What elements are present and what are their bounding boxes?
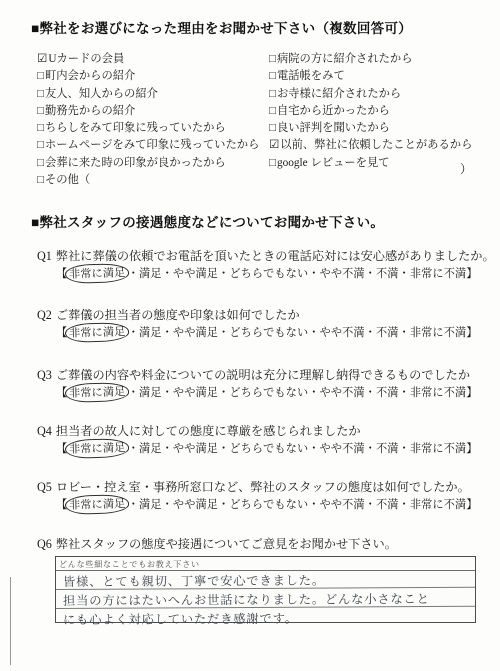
question-body: ご葬儀の担当者の態度や印象は如何でしたか xyxy=(56,308,300,322)
other-field-close-paren: ） xyxy=(460,160,472,177)
checkbox-label: その他（ xyxy=(45,174,90,186)
checkbox-row: □自宅から近かったから xyxy=(269,103,472,120)
checkbox-checked-icon: ☑ xyxy=(269,137,279,154)
reason-checkbox-column-right: □病院の方に紹介されたから □電話帳をみて □お寺様に紹介されたから □自宅から… xyxy=(269,51,472,172)
scanned-survey-page: ■弊社をお選びになった理由をお聞かせ下さい（複数回答可） ☑Uカードの会員 □町… xyxy=(0,0,500,671)
checkbox-label: 町内会からの紹介 xyxy=(45,70,135,82)
scale-options: ・満足・やや満足・どちらでもない・やや不満・不満・非常に不満 xyxy=(128,268,467,280)
question-number: Q2 xyxy=(37,308,52,322)
scale-options: ・満足・やや満足・どちらでもない・やや不満・不満・非常に不満 xyxy=(128,327,467,339)
question-text: Q1弊社に葬儀の依頼でお電話を頂いたときの電話応対には安心感がありましたか。 xyxy=(37,247,495,264)
checkbox-icon: □ xyxy=(269,103,276,120)
checkbox-label: ちらしをみて印象に残っていたから xyxy=(45,122,226,134)
checkbox-icon: □ xyxy=(269,51,276,68)
rating-scale: 【非常に満足・満足・やや満足・どちらでもない・やや不満・不満・非常に不満】 xyxy=(56,265,478,281)
circled-answer-mark: 非常に満足 xyxy=(65,494,130,515)
checkbox-row: ☑Uカードの会員 xyxy=(37,51,259,68)
scale-close-bracket: 】 xyxy=(466,327,477,339)
checkbox-icon: □ xyxy=(269,120,276,137)
handwritten-line: 担当の方にはたいへんお世話になりました。どんな小さなこと xyxy=(56,588,475,609)
checkbox-icon: □ xyxy=(37,68,44,85)
section2-title: ■弊社スタッフの接遇態度などについてお聞かせ下さい。 xyxy=(31,211,384,231)
circled-answer-mark: 非常に満足 xyxy=(65,382,130,403)
checkbox-icon: □ xyxy=(269,68,276,85)
scale-close-bracket: 】 xyxy=(466,387,477,399)
checkbox-label: お寺様に紹介されたから xyxy=(277,88,401,100)
checkbox-row: □お寺様に紹介されたから xyxy=(269,86,472,103)
checkbox-row: □会葬に来た時の印象が良かったから xyxy=(37,155,259,172)
checkbox-icon: □ xyxy=(269,155,276,172)
checkbox-row: □良い評判を聞いたから xyxy=(269,120,472,137)
question-text: Q4担当者の故人に対しての態度に尊厳を感じられましたか xyxy=(37,422,361,439)
scale-options: ・満足・やや満足・どちらでもない・やや不満・不満・非常に不満 xyxy=(128,443,467,455)
checkbox-label: ホームページをみて印象に残っていたから xyxy=(45,139,259,151)
circled-answer-mark: 非常に満足 xyxy=(65,263,130,284)
question-text: Q6弊社スタッフの態度や接遇についてご意見をお聞かせ下さい。 xyxy=(37,535,397,552)
checkbox-row: □勤務先からの紹介 xyxy=(37,103,259,120)
checkbox-icon: □ xyxy=(37,137,44,154)
checkbox-label: Uカードの会員 xyxy=(48,53,124,65)
checkbox-label: 良い評判を聞いたから xyxy=(277,122,390,134)
question-text: Q5ロビー・控え室・事務所窓口など、弊社のスタッフの態度は如何でしたか。 xyxy=(37,478,470,495)
rating-scale: 【非常に満足・満足・やや満足・どちらでもない・やや不満・不満・非常に不満】 xyxy=(56,384,478,400)
checkbox-icon: □ xyxy=(269,86,276,103)
question-number: Q5 xyxy=(37,480,52,494)
scale-close-bracket: 】 xyxy=(466,443,477,455)
question-body: 弊社スタッフの態度や接遇についてご意見をお聞かせ下さい。 xyxy=(56,537,397,551)
question-text: Q2ご葬儀の担当者の態度や印象は如何でしたか xyxy=(37,306,300,323)
checkbox-icon: □ xyxy=(37,172,44,189)
checkbox-row: □電話帳をみて xyxy=(269,68,472,85)
checkbox-row-other: □その他（ xyxy=(37,172,259,189)
reason-checkbox-column-left: ☑Uカードの会員 □町内会からの紹介 □友人、知人からの紹介 □勤務先からの紹介… xyxy=(37,51,259,189)
scale-options: ・満足・やや満足・どちらでもない・やや不満・不満・非常に不満 xyxy=(128,387,467,399)
question-body: ロビー・控え室・事務所窓口など、弊社のスタッフの態度は如何でしたか。 xyxy=(56,480,470,494)
scale-close-bracket: 】 xyxy=(466,499,477,511)
checkbox-label: 電話帳をみて xyxy=(277,70,345,82)
circled-answer-mark: 非常に満足 xyxy=(65,438,130,459)
question-body: 担当者の故人に対しての態度に尊厳を感じられましたか xyxy=(56,424,361,438)
question-number: Q3 xyxy=(37,368,52,382)
checkbox-label: google レビューを見て xyxy=(277,157,390,169)
rating-scale: 【非常に満足・満足・やや満足・どちらでもない・やや不満・不満・非常に不満】 xyxy=(56,324,478,340)
checkbox-icon: □ xyxy=(37,103,44,120)
checkbox-row: □google レビューを見て xyxy=(269,155,472,172)
free-comment-box: どんな些細なことでもお教え下さい 皆様、とても親切、丁寧で安心できました。 担当… xyxy=(55,556,476,623)
question-text: Q3ご葬儀の内容や料金についての説明は充分に理解し納得できるものでしたか xyxy=(37,366,470,383)
handwritten-line: 皆様、とても親切、丁寧で安心できました。 xyxy=(56,569,475,590)
question-body: ご葬儀の内容や料金についての説明は充分に理解し納得できるものでしたか xyxy=(56,368,470,382)
checkbox-checked-icon: ☑ xyxy=(37,51,47,68)
checkbox-row: □ホームページをみて印象に残っていたから xyxy=(37,137,259,154)
question-number: Q6 xyxy=(37,537,52,551)
scan-edge-line xyxy=(10,577,11,665)
checkbox-row: ☑以前、弊社に依頼したことがあるから xyxy=(269,137,472,154)
checkbox-icon: □ xyxy=(37,120,44,137)
checkbox-icon: □ xyxy=(37,155,44,172)
checkbox-row: □友人、知人からの紹介 xyxy=(37,86,259,103)
checkbox-label: 自宅から近かったから xyxy=(277,105,390,117)
section1-title: ■弊社をお選びになった理由をお聞かせ下さい（複数回答可） xyxy=(31,17,412,37)
checkbox-row: □町内会からの紹介 xyxy=(37,68,259,85)
checkbox-icon: □ xyxy=(37,86,44,103)
checkbox-row: □ちらしをみて印象に残っていたから xyxy=(37,120,259,137)
rating-scale: 【非常に満足・満足・やや満足・どちらでもない・やや不満・不満・非常に不満】 xyxy=(56,496,478,512)
checkbox-label: 会葬に来た時の印象が良かったから xyxy=(45,157,226,169)
checkbox-row: □病院の方に紹介されたから xyxy=(269,51,472,68)
checkbox-label: 友人、知人からの紹介 xyxy=(45,88,158,100)
circled-answer-mark: 非常に満足 xyxy=(65,322,130,343)
question-number: Q1 xyxy=(37,249,52,263)
checkbox-label: 勤務先からの紹介 xyxy=(45,105,135,117)
handwritten-line: にも心よく対応していただき感謝です。 xyxy=(56,607,475,627)
rating-scale: 【非常に満足・満足・やや満足・どちらでもない・やや不満・不満・非常に不満】 xyxy=(56,440,478,456)
scale-close-bracket: 】 xyxy=(466,268,477,280)
checkbox-label: 病院の方に紹介されたから xyxy=(277,53,413,65)
scale-options: ・満足・やや満足・どちらでもない・やや不満・不満・非常に不満 xyxy=(128,499,467,511)
checkbox-label: 以前、弊社に依頼したことがあるから xyxy=(280,139,472,151)
question-body: 弊社に葬儀の依頼でお電話を頂いたときの電話応対には安心感がありましたか。 xyxy=(56,249,495,263)
question-number: Q4 xyxy=(37,424,52,438)
